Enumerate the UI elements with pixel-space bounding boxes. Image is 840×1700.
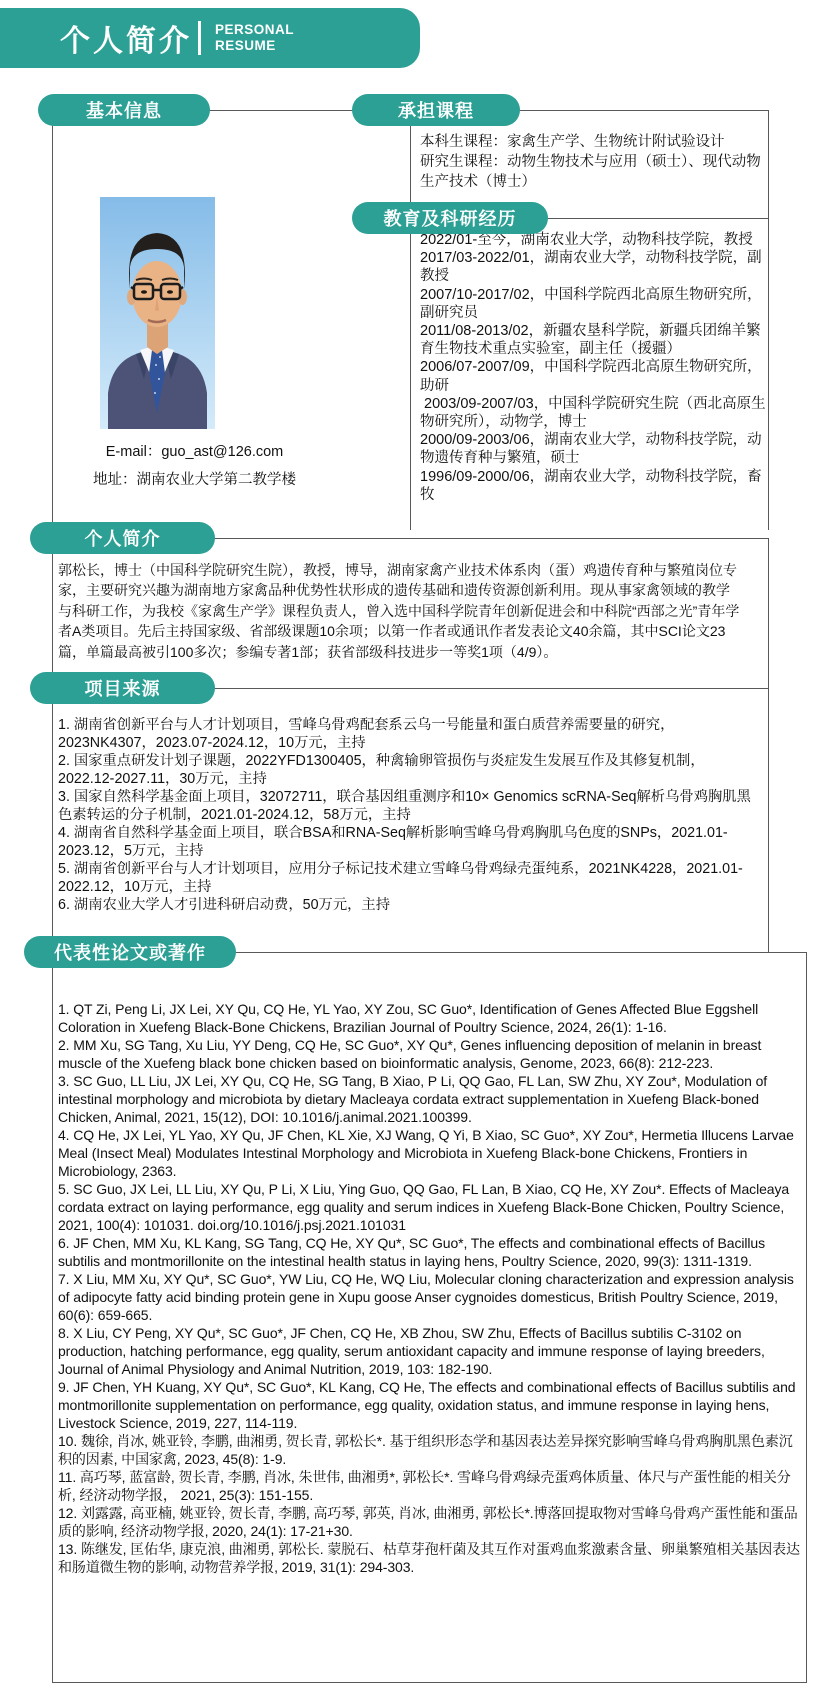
right-border-rule-profile — [768, 538, 769, 688]
publication-item: 6. JF Chen, MM Xu, KL Kang, SG Tang, CQ … — [58, 1234, 802, 1270]
education-item: 2006/07-2007/09，中国科学院西北高原生物研究所，助研 — [420, 358, 766, 394]
right-border-rule-top — [768, 110, 769, 530]
section-heading-courses: 承担课程 — [352, 94, 520, 126]
publication-item: 12. 刘露露, 高亚楠, 姚亚铃, 贺长青, 李鹏, 高巧琴, 郭英, 肖冰,… — [58, 1504, 802, 1540]
column-divider-rule — [410, 110, 411, 530]
publication-item: 2. MM Xu, SG Tang, Xu Liu, YY Deng, CQ H… — [58, 1036, 802, 1072]
education-item: 2000/09-2003/06，湖南农业大学，动物科技学院，动物遗传育种与繁殖，… — [420, 431, 766, 467]
section-heading-education: 教育及科研经历 — [352, 202, 548, 234]
education-item: 2011/08-2013/02，新疆农垦科学院，新疆兵团绵羊繁育生物技术重点实验… — [420, 322, 766, 358]
project-item: 6. 湖南农业大学人才引进科研启动费，50万元，主持 — [58, 896, 758, 914]
page-subtitle-line2: RESUME — [215, 38, 294, 54]
address-label: 地址： — [93, 472, 137, 488]
project-item: 3. 国家自然科学基金面上项目，32072711，联合基因组重测序和10× Ge… — [58, 788, 758, 824]
education-list: 2022/01-至今，湖南农业大学，动物科技学院，教授2017/03-2022/… — [420, 231, 766, 504]
education-item: 1996/09-2000/06，湖南农业大学，动物科技学院，畜牧 — [420, 468, 766, 504]
publication-item: 10. 魏徐, 肖冰, 姚亚铃, 李鹏, 曲湘勇, 贺长青, 郭松长*. 基于组… — [58, 1432, 802, 1468]
course-line: 研究生课程：动物生物技术与应用（硕士）、现代动物生产技术（博士） — [420, 152, 768, 192]
email-line: E-mail：guo_ast@126.com — [52, 438, 337, 466]
address-line: 地址：湖南农业大学第二教学楼 — [52, 466, 337, 494]
publication-item: 3. SC Guo, LL Liu, JX Lei, XY Qu, CQ He,… — [58, 1072, 802, 1126]
page-subtitle-line1: PERSONAL — [215, 22, 294, 38]
project-item: 4. 湖南省自然科学基金面上项目，联合BSA和RNA-Seq解析影响雪峰乌骨鸡胸… — [58, 824, 758, 860]
section-heading-publications: 代表性论文或著作 — [24, 936, 236, 968]
publication-item: 8. X Liu, CY Peng, XY Qu*, SC Guo*, JF C… — [58, 1324, 802, 1378]
publication-item: 13. 陈继发, 匡佑华, 康克浪, 曲湘勇, 郭松长. 蒙脱石、枯草芽孢杆菌及… — [58, 1540, 802, 1576]
right-border-rule-publications — [806, 952, 807, 1682]
project-item: 2. 国家重点研发计划子课题，2022YFD1300405，种禽输卵管损伤与炎症… — [58, 752, 758, 788]
banner-divider — [198, 21, 201, 55]
portrait-photo — [100, 197, 215, 429]
contact-block: E-mail：guo_ast@126.com 地址：湖南农业大学第二教学楼 — [52, 438, 337, 494]
section-heading-basic-info: 基本信息 — [38, 94, 210, 126]
page-subtitle: PERSONAL RESUME — [215, 22, 294, 54]
address-value: 湖南农业大学第二教学楼 — [137, 472, 297, 488]
page-banner: 个人简介 PERSONAL RESUME — [0, 8, 420, 68]
project-item: 5. 湖南省创新平台与人才计划项目，应用分子标记技术建立雪峰乌骨鸡绿壳蛋纯系，2… — [58, 860, 758, 896]
publication-item: 7. X Liu, MM Xu, XY Qu*, SC Guo*, YW Liu… — [58, 1270, 802, 1324]
bottom-border-rule — [52, 1682, 807, 1683]
profile-paragraph: 郭松长，博士（中国科学院研究生院），教授，博导，湖南家禽产业技术体系肉（蛋）鸡遗… — [58, 560, 742, 662]
right-border-rule-projects — [768, 688, 769, 952]
section-heading-profile: 个人简介 — [30, 522, 215, 554]
page-title: 个人简介 — [60, 16, 192, 60]
publication-item: 1. QT Zi, Peng Li, JX Lei, XY Qu, CQ He,… — [58, 1000, 802, 1036]
course-line: 本科生课程：家禽生产学、生物统计附试验设计 — [420, 132, 768, 152]
publication-item: 11. 高巧琴, 蓝富龄, 贺长青, 李鹏, 肖冰, 朱世伟, 曲湘勇*, 郭松… — [58, 1468, 802, 1504]
portrait-photo-graphic — [100, 197, 215, 429]
email-value: guo_ast@126.com — [161, 444, 283, 460]
publication-item: 5. SC Guo, JX Lei, LL Liu, XY Qu, P Li, … — [58, 1180, 802, 1234]
email-label: E-mail： — [106, 444, 162, 460]
education-item: 2003/09-2007/03，中国科学院研究生院（西北高原生物研究所），动物学… — [420, 395, 766, 431]
projects-list: 1. 湖南省创新平台与人才计划项目，雪峰乌骨鸡配套系云乌一号能量和蛋白质营养需要… — [58, 716, 758, 914]
project-item: 1. 湖南省创新平台与人才计划项目，雪峰乌骨鸡配套系云乌一号能量和蛋白质营养需要… — [58, 716, 758, 752]
education-item: 2007/10-2017/02，中国科学院西北高原生物研究所，副研究员 — [420, 286, 766, 322]
left-border-rule — [52, 110, 53, 1682]
publication-item: 4. CQ He, JX Lei, YL Yao, XY Qu, JF Chen… — [58, 1126, 802, 1180]
courses-list: 本科生课程：家禽生产学、生物统计附试验设计研究生课程：动物生物技术与应用（硕士）… — [420, 132, 768, 192]
education-item: 2017/03-2022/01，湖南农业大学，动物科技学院，副教授 — [420, 249, 766, 285]
section-heading-projects: 项目来源 — [30, 672, 215, 704]
publication-item: 9. JF Chen, YH Kuang, XY Qu*, SC Guo*, K… — [58, 1378, 802, 1432]
publications-list: 1. QT Zi, Peng Li, JX Lei, XY Qu, CQ He,… — [58, 1000, 802, 1576]
